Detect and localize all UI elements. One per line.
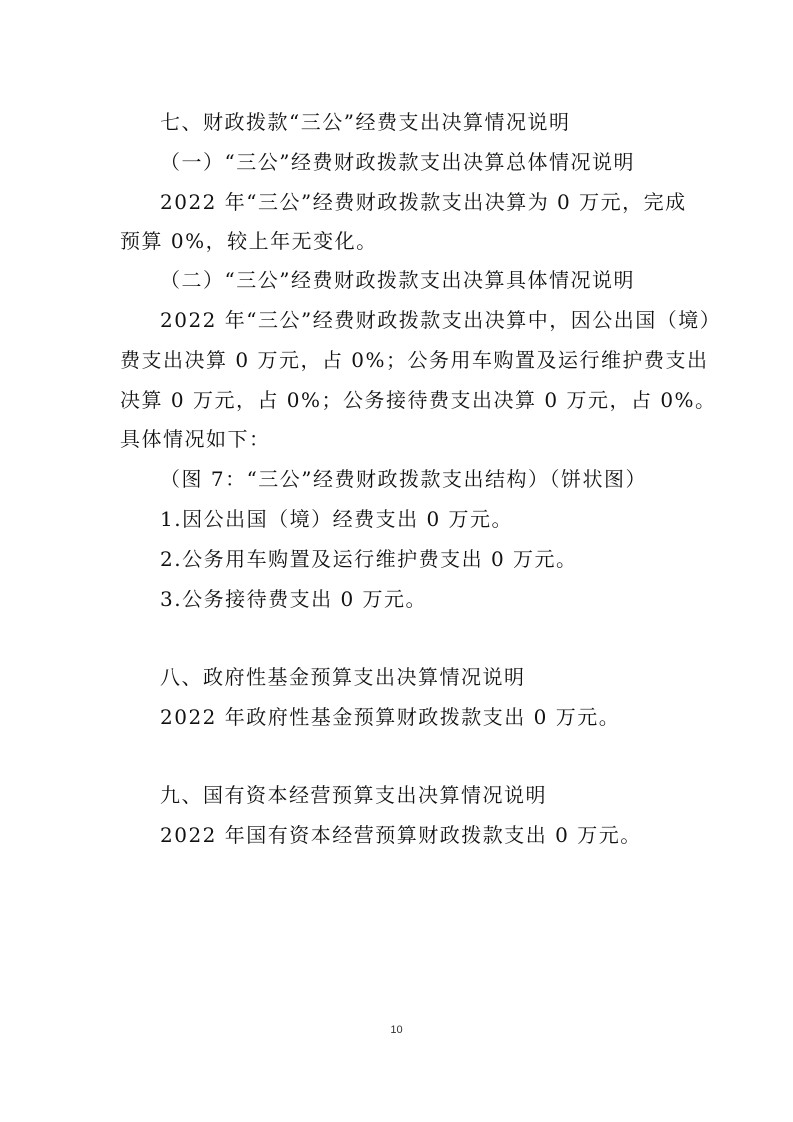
section-7-2-paragraph-line-1: 2022 年“三公”经费财政拨款支出决算中，因公出国（境） [160, 308, 721, 332]
section-7-1-paragraph-line-2: 预算 0%，较上年无变化。 [120, 229, 378, 253]
figure-caption: （图 7：“三公”经费财政拨款支出结构）（饼状图） [160, 467, 647, 491]
section-7-2-heading: （二）“三公”经费财政拨款支出决算具体情况说明 [160, 268, 635, 292]
section-9-paragraph: 2022 年国有资本经营预算财政拨款支出 0 万元。 [160, 823, 642, 847]
section-7-1-heading: （一）“三公”经费财政拨款支出决算总体情况说明 [160, 150, 635, 174]
list-item: 3.公务接待费支出 0 万元。 [160, 587, 427, 611]
list-item: 2.公务用车购置及运行维护费支出 0 万元。 [160, 547, 578, 571]
section-9-heading: 九、国有资本经营预算支出决算情况说明 [160, 783, 547, 807]
section-8-paragraph: 2022 年政府性基金预算财政拨款支出 0 万元。 [160, 705, 620, 729]
page-number: 10 [0, 1024, 793, 1036]
list-item: 1.因公出国（境）经费支出 0 万元。 [160, 507, 513, 531]
section-7-heading: 七、财政拨款“三公”经费支出决算情况说明 [160, 110, 570, 134]
section-7-2-paragraph-line-3: 决算 0 万元，占 0%；公务接待费支出决算 0 万元，占 0%。 [120, 388, 717, 412]
section-7-2-paragraph-line-4: 具体情况如下： [120, 427, 271, 451]
section-8-heading: 八、政府性基金预算支出决算情况说明 [160, 665, 526, 689]
section-7-1-paragraph-line-1: 2022 年“三公”经费财政拨款支出决算为 0 万元，完成 [160, 190, 687, 214]
section-7-2-paragraph-line-2: 费支出决算 0 万元，占 0%；公务用车购置及运行维护费支出 [120, 348, 709, 372]
